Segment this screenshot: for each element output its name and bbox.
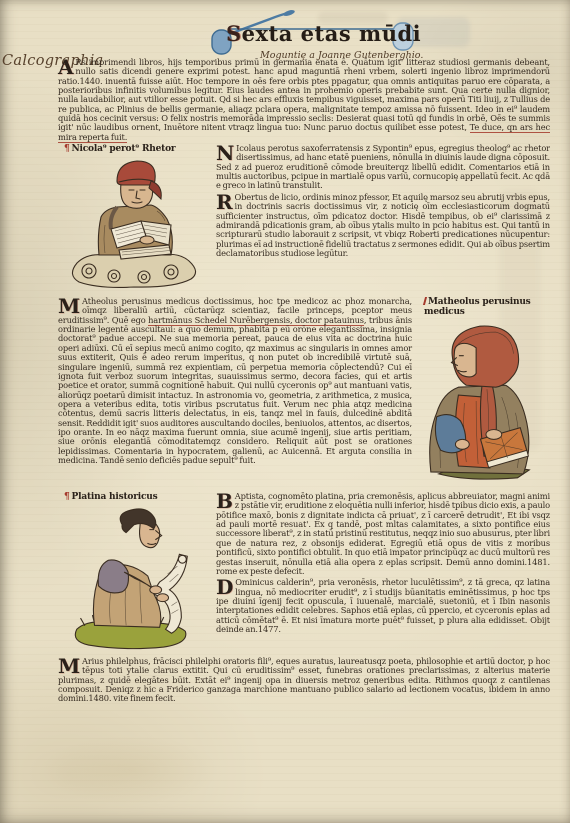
book-page: Calcographia Sexta etas mūdi Moguntię a …: [0, 0, 570, 823]
paragraph-marius: MArius philelphus, frācisci philelphi or…: [58, 657, 550, 704]
paragraph-text: Obertus de licio, ordinis minoz pfessor,…: [216, 192, 550, 258]
section-nicolaus-robertus: ¶Nicola⁹ perot⁹ Rhetor: [58, 144, 550, 295]
figure-caption-platina: ¶Platina historicus: [64, 492, 210, 502]
drop-cap: D: [216, 578, 235, 596]
drop-cap: B: [216, 492, 235, 510]
figure-column: ¶Platina historicus: [58, 492, 210, 655]
drop-cap: M: [58, 657, 82, 675]
rubric-tick: [423, 297, 427, 305]
paragraph-text: Rs imprimendi libros, hijs temporibus pr…: [58, 57, 550, 143]
text-block: ARs imprimendi libros, hijs temporibus p…: [58, 58, 550, 706]
paragraph-text: Ominicus calderin⁹, pria veronēsis, rhet…: [216, 577, 550, 634]
paragraph-text: Atheolus perusinus medicus doctissimus, …: [58, 297, 412, 465]
woodcut-matheolus-perusinus: [419, 318, 549, 484]
pilcrow-mark: ¶: [64, 144, 70, 154]
section-platina-dominicus: ¶Platina historicus: [58, 492, 550, 657]
figure-caption-nicolaus: ¶Nicola⁹ perot⁹ Rhetor: [64, 144, 210, 154]
drop-cap: M: [58, 297, 82, 315]
drop-cap: R: [216, 193, 234, 211]
drop-cap: N: [216, 144, 236, 162]
caption-text: Platina historicus: [72, 492, 158, 502]
figure-column: ¶Nicola⁹ perot⁹ Rhetor: [58, 144, 210, 293]
caption-text: Matheolus perusinus medicus: [424, 297, 531, 317]
woodcut-platina-historicus: [63, 503, 205, 651]
figure-column: Matheolus perusinus medicus: [418, 297, 550, 488]
paragraph-text: Icolaus perotus saxoferratensis z Sypont…: [216, 144, 550, 190]
pilcrow-mark: ¶: [64, 492, 70, 502]
paragraph-ars-imprimendi: ARs imprimendi libros, hijs temporibus p…: [58, 58, 550, 142]
paragraph-text: Aptista, cognomēto platina, pria cremonē…: [216, 492, 550, 576]
drop-cap: A: [58, 58, 75, 76]
page-title: Sexta etas mūdi: [226, 21, 421, 46]
section-matheolus: Matheolus perusinus medicus: [58, 297, 550, 490]
woodcut-nicolaus-perottus: [59, 155, 209, 289]
paragraph-text: Arius philelphus, frācisci philelphi ora…: [58, 656, 550, 703]
figure-caption-matheolus: Matheolus perusinus medicus: [424, 297, 550, 317]
paper-stain: [40, 735, 220, 805]
caption-text: Nicola⁹ perot⁹ Rhetor: [72, 144, 176, 154]
